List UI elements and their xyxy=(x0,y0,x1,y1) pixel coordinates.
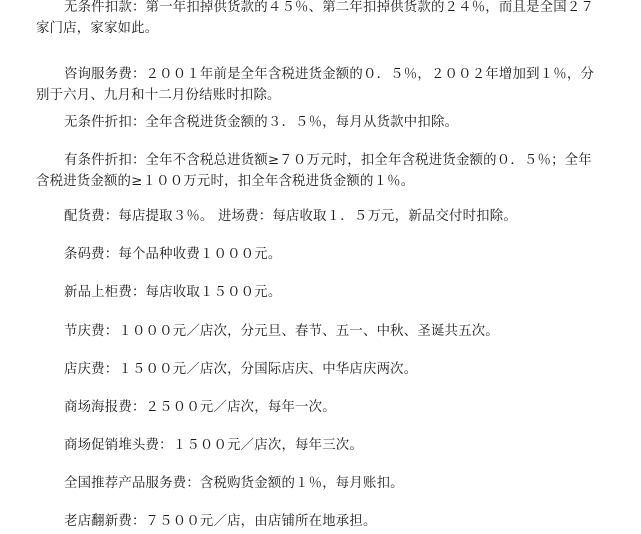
paragraph-festival-fee: 节庆费：１０００元／店次，分元旦、春节、五一、中秋、圣诞共五次。 xyxy=(36,321,602,342)
paragraph-unconditional-discount: 无条件折扣：全年含税进货金额的３．５％，每月从货款中扣除。 xyxy=(36,112,602,133)
paragraph-national-recommendation-fee: 全国推荐产品服务费：含税购货金额的１％，每月账扣。 xyxy=(36,473,602,494)
paragraph-store-anniversary-fee: 店庆费：１５００元／店次，分国际店庆、中华店庆两次。 xyxy=(36,359,602,380)
paragraph-unconditional-deduction: 无条件扣款：第一年扣掉供货款的４５％、第二年扣掉供货款的２４％，而且是全国２７家… xyxy=(36,0,602,39)
paragraph-barcode-fee: 条码费：每个品种收费１０００元。 xyxy=(36,244,602,265)
paragraph-consulting-fee: 咨询服务费：２００１年前是全年含税进货金额的０．５％，２００２年增加到１％，分别… xyxy=(36,64,602,106)
paragraph-promotion-display-fee: 商场促销堆头费：１５００元／店次，每年三次。 xyxy=(36,435,602,456)
paragraph-poster-fee: 商场海报费：２５００元／店次，每年一次。 xyxy=(36,397,602,418)
paragraph-distribution-fee: 配货费：每店提取３％。 进场费：每店收取１．５万元，新品交付时扣除。 xyxy=(36,206,602,227)
paragraph-conditional-discount: 有条件折扣：全年不含税总进货额≥７０万元时，扣全年含税进货金额的０．５％；全年含… xyxy=(36,150,602,192)
paragraph-store-renovation-fee: 老店翻新费：７５００元／店，由店铺所在地承担。 xyxy=(36,511,602,532)
paragraph-new-product-shelf-fee: 新品上柜费：每店收取１５００元。 xyxy=(36,282,602,303)
